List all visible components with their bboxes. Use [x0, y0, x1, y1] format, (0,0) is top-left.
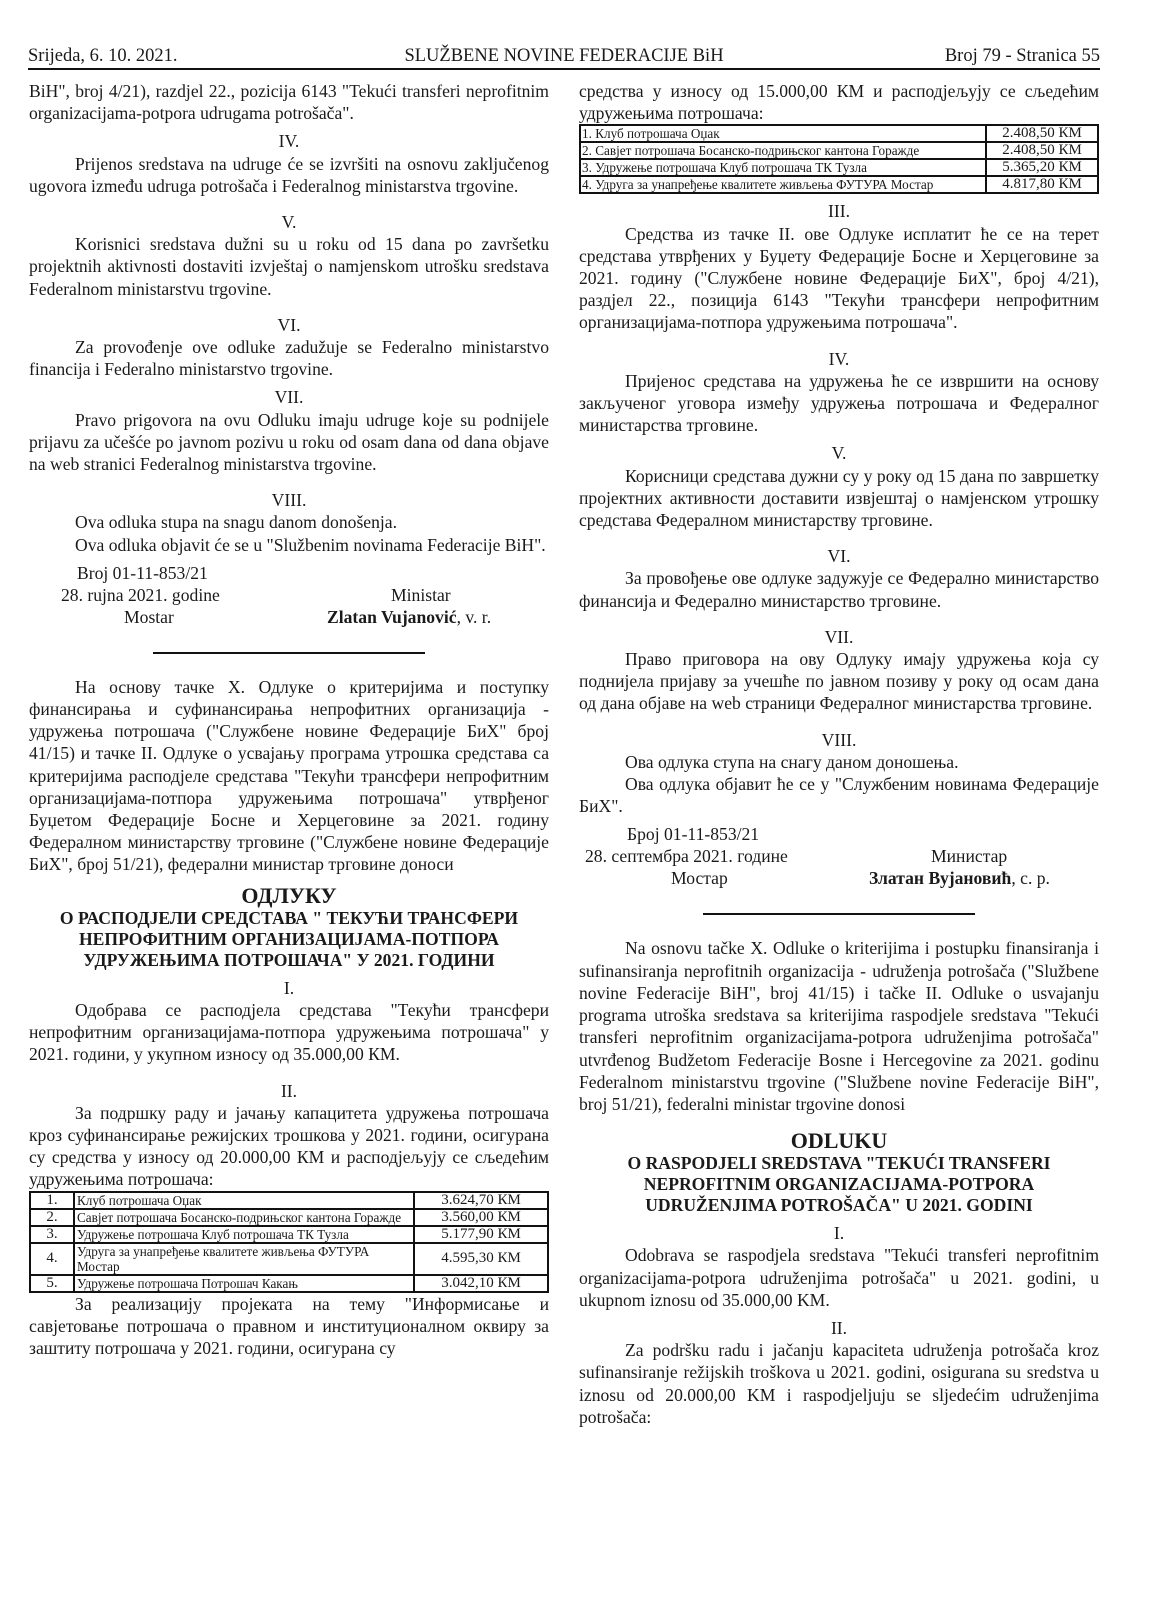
association-name: 4. Удруга за унапређење квалитете живљењ… — [580, 176, 986, 193]
signatory-name: Zlatan Vujanović — [327, 607, 457, 627]
signature-date: 28. септембра 2021. године — [585, 845, 788, 867]
issue-page-number: Broj 79 - Stranica 55 — [945, 44, 1100, 68]
section-text: Ova odluka stupa na snagu danom donošenj… — [29, 511, 549, 533]
signatory-name: Златан Вујановић — [869, 868, 1011, 888]
section-number: VIII. — [29, 489, 549, 511]
section-text: Ова одлука објавит ће се у "Службеним но… — [579, 773, 1099, 817]
decision-subtitle: O RASPODJELI SREDSTAVA "TEKUĆI TRANSFERI… — [579, 1153, 1099, 1216]
allocated-amount: 3.624,70 КМ — [414, 1192, 548, 1209]
section-number: II. — [579, 1317, 1099, 1339]
table-row: 1. Клуб потрошача Оџак2.408,50 КМ — [580, 125, 1098, 142]
allocated-amount: 5.365,20 КМ — [986, 159, 1098, 176]
decision-title: ОДЛУКУ — [29, 884, 549, 908]
decision-title: ODLUKU — [579, 1129, 1099, 1153]
section-text: Za podršku radu i jačanju kapaciteta udr… — [579, 1339, 1099, 1428]
preamble-text: Na osnovu tačke X. Odluke o kriterijima … — [579, 937, 1099, 1115]
association-name: Клуб потрошача Оџак — [74, 1192, 414, 1209]
decision-subtitle: О РАСПОДЈЕЛИ СРЕДСТАВА " ТЕКУЋИ ТРАНСФЕР… — [29, 908, 549, 971]
allocation-table-overheads: 1.Клуб потрошача Оџак3.624,70 КМ2.Савјет… — [29, 1191, 549, 1293]
left-column: BiH", broj 4/21), razdjel 22., pozicija … — [29, 80, 549, 1359]
signature-place: Mostar — [124, 606, 174, 628]
section-number: VI. — [29, 314, 549, 336]
continued-paragraph: BiH", broj 4/21), razdjel 22., pozicija … — [29, 80, 549, 124]
continued-paragraph: средства у износу од 15.000,00 КМ и расп… — [579, 80, 1099, 124]
row-number: 3. — [30, 1226, 74, 1243]
section-number: V. — [579, 442, 1099, 464]
table-row: 4. Удруга за унапређење квалитете живљењ… — [580, 176, 1098, 193]
section-text: За реализацију пројеката на тему "Информ… — [29, 1293, 549, 1360]
section-text: Korisnici sredstava dužni su u roku od 1… — [29, 233, 549, 300]
association-name: 2. Савјет потрошача Босанско-подрињског … — [580, 142, 986, 159]
section-number: VII. — [29, 386, 549, 408]
allocated-amount: 3.560,00 КМ — [414, 1209, 548, 1226]
table-row: 5.Удружење потрошача Потрошач Какањ3.042… — [30, 1275, 548, 1292]
signatory-suffix: , v. r. — [457, 607, 492, 627]
right-column: средства у износу од 15.000,00 КМ и расп… — [579, 80, 1099, 1428]
signature-block: Број 01-11-853/21 28. септембра 2021. го… — [579, 823, 1099, 889]
section-text: Pravo prigovora na ovu Odluku imaju udru… — [29, 409, 549, 476]
row-number: 5. — [30, 1275, 74, 1292]
section-text: За подршку раду и јачању капацитета удру… — [29, 1102, 549, 1191]
document-number: Број 01-11-853/21 — [627, 823, 759, 845]
preamble-text: На основу тачке X. Одлуке о критеријима … — [29, 676, 549, 876]
section-number: I. — [579, 1222, 1099, 1244]
section-number: IV. — [579, 348, 1099, 370]
association-name: 1. Клуб потрошача Оџак — [580, 125, 986, 142]
publication-title: SLUŽBENE NOVINE FEDERACIJE BiH — [28, 44, 1100, 68]
section-number: IV. — [29, 130, 549, 152]
page-header: Srijeda, 6. 10. 2021. SLUŽBENE NOVINE FE… — [28, 44, 1100, 70]
section-text: За провођење ове одлуке задужује се Феде… — [579, 567, 1099, 611]
signatory-role: Министар — [931, 845, 1007, 867]
association-name: 3. Удружење потрошача Клуб потрошача ТК … — [580, 159, 986, 176]
section-text: Odobrava se raspodjela sredstava "Tekući… — [579, 1244, 1099, 1311]
signatory-role: Ministar — [391, 584, 451, 606]
section-number: II. — [29, 1080, 549, 1102]
association-name: Удружење потрошача Клуб потрошача ТК Туз… — [74, 1226, 414, 1243]
table-row: 2.Савјет потрошача Босанско-подрињског к… — [30, 1209, 548, 1226]
row-number: 2. — [30, 1209, 74, 1226]
table-row: 3. Удружење потрошача Клуб потрошача ТК … — [580, 159, 1098, 176]
section-text: Ова одлука ступа на снагу даном доношења… — [579, 751, 1099, 773]
section-number: I. — [29, 977, 549, 999]
section-text: Одобрава се расподјела средстава "Текући… — [29, 999, 549, 1066]
section-text: Prijenos sredstava na udruge će se izvrš… — [29, 153, 549, 197]
document-number: Broj 01-11-853/21 — [77, 562, 208, 584]
section-text: Средства из тачке II. ове Одлуке исплати… — [579, 223, 1099, 334]
section-divider — [703, 913, 975, 915]
allocated-amount: 2.408,50 КМ — [986, 125, 1098, 142]
row-number: 4. — [30, 1243, 74, 1275]
table-row: 1.Клуб потрошача Оџак3.624,70 КМ — [30, 1192, 548, 1209]
section-text: Корисници средстава дужни су у року од 1… — [579, 465, 1099, 532]
table-row: 4.Удруга за унапређење квалитете живљења… — [30, 1243, 548, 1275]
section-divider — [153, 652, 425, 654]
section-text: Право приговора на ову Одлуку имају удру… — [579, 648, 1099, 715]
association-name: Удруга за унапређење квалитете живљења Ф… — [74, 1243, 414, 1275]
allocated-amount: 4.595,30 КМ — [414, 1243, 548, 1275]
signatory-suffix: , с. р. — [1011, 868, 1050, 888]
section-number: III. — [579, 200, 1099, 222]
association-name: Савјет потрошача Босанско-подрињског кан… — [74, 1209, 414, 1226]
section-text: Пријенос средстава на удружења ће се изв… — [579, 370, 1099, 437]
row-number: 1. — [30, 1192, 74, 1209]
table-row: 3.Удружење потрошача Клуб потрошача ТК Т… — [30, 1226, 548, 1243]
section-number: VIII. — [579, 729, 1099, 751]
allocated-amount: 3.042,10 КМ — [414, 1275, 548, 1292]
allocated-amount: 4.817,80 КМ — [986, 176, 1098, 193]
section-text: Za provođenje ove odluke zadužuje se Fed… — [29, 336, 549, 380]
signature-date: 28. rujna 2021. godine — [61, 584, 220, 606]
allocated-amount: 5.177,90 КМ — [414, 1226, 548, 1243]
allocated-amount: 2.408,50 КМ — [986, 142, 1098, 159]
section-number: V. — [29, 211, 549, 233]
allocation-table-projects: 1. Клуб потрошача Оџак2.408,50 КМ2. Савј… — [579, 124, 1099, 194]
association-name: Удружење потрошача Потрошач Какањ — [74, 1275, 414, 1292]
section-number: VII. — [579, 626, 1099, 648]
signature-block: Broj 01-11-853/21 28. rujna 2021. godine… — [29, 562, 549, 628]
signature-place: Мостар — [671, 867, 728, 889]
table-row: 2. Савјет потрошача Босанско-подрињског … — [580, 142, 1098, 159]
section-number: VI. — [579, 545, 1099, 567]
section-text: Ova odluka objavit će se u "Službenim no… — [29, 534, 549, 556]
